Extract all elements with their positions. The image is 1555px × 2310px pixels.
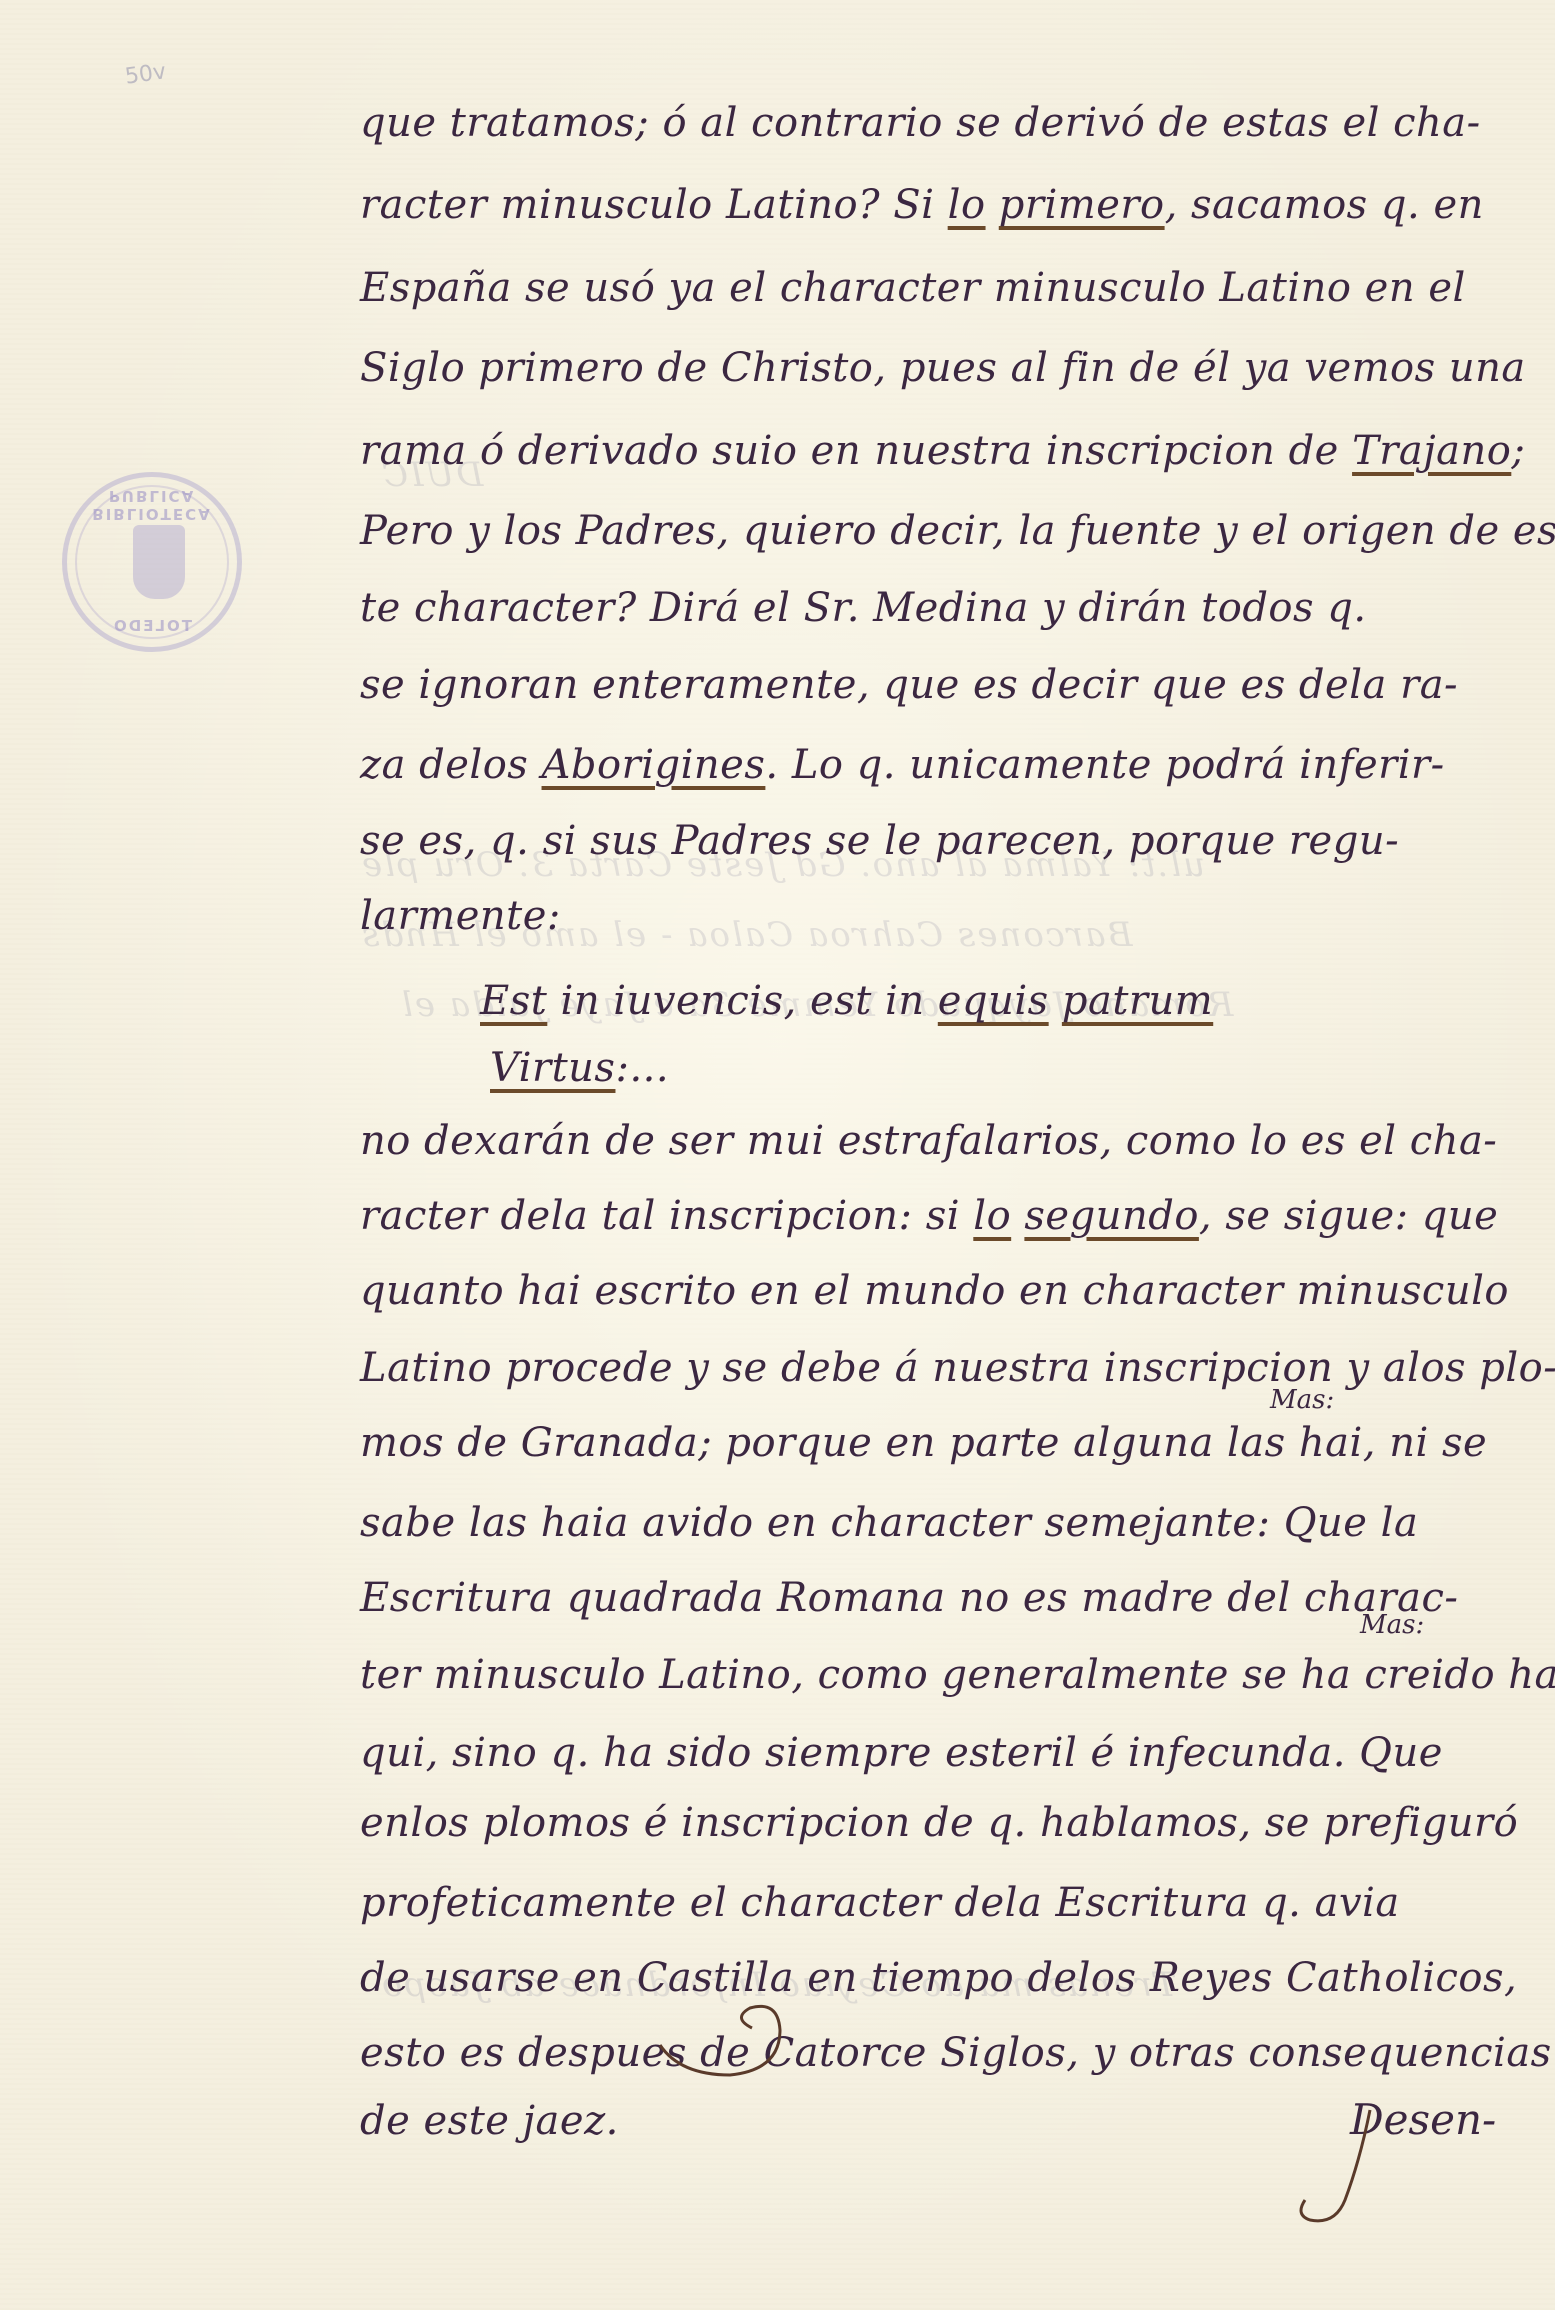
underlined-word: Est [480, 978, 547, 1024]
stamp-shield-icon [133, 525, 185, 599]
underlined-word: primero [999, 182, 1165, 228]
text-line: España se usó ya el character minusculo … [360, 265, 1466, 311]
text-line: sabe las haia avido en character semejan… [360, 1500, 1418, 1546]
text-line: de usarse en Castilla en tiempo delos Re… [360, 1955, 1517, 2001]
text-line: ter minusculo Latino, como generalmente … [360, 1652, 1555, 1698]
text-line: racter minusculo Latino? Si lo primero, … [360, 182, 1484, 228]
library-stamp: BIBLIOTECA PUBLICA TOLEDO [62, 472, 242, 652]
interlinear-insertion: Mas: [1360, 1610, 1424, 1640]
text-line: quanto hai escrito en el mundo en charac… [360, 1268, 1509, 1314]
text-line: Siglo primero de Christo, pues al fin de… [360, 345, 1526, 391]
text-line: Pero y los Padres, quiero decir, la fuen… [360, 508, 1555, 554]
latin-quote-line: Est in iuvencis, est in equis patrum [480, 978, 1213, 1024]
underlined-word: Virtus [490, 1045, 615, 1091]
text-line: qui, sino q. ha sido siempre esteril é i… [360, 1730, 1443, 1776]
text-line: larmente: [360, 893, 561, 939]
catchword-flourish-icon [1290, 2100, 1380, 2230]
end-flourish-icon [640, 1990, 800, 2080]
underlined-word: Trajano [1352, 428, 1511, 474]
text-line: Escritura quadrada Romana no es madre de… [360, 1575, 1458, 1621]
interlinear-insertion: Mas: [1270, 1385, 1334, 1415]
text-line: rama ó derivado suio en nuestra inscripc… [360, 428, 1525, 474]
underlined-word: lo [973, 1193, 1011, 1239]
text-line: za delos Aborigines. Lo q. unicamente po… [360, 742, 1445, 788]
text-line: Latino procede y se debe á nuestra inscr… [360, 1345, 1555, 1391]
underlined-word: Aborigines [542, 742, 766, 788]
text-line: que tratamos; ó al contrario se derivó d… [360, 100, 1481, 146]
text-line: esto es despues de Catorce Siglos, y otr… [360, 2030, 1552, 2076]
text-line: profeticamente el character dela Escritu… [360, 1880, 1400, 1926]
text-line: de este jaez. [360, 2098, 619, 2144]
stamp-top-text: BIBLIOTECA PUBLICA [67, 487, 237, 523]
line-text: racter minusculo Latino? Si [360, 182, 948, 228]
text-line: se ignoran enteramente, que es decir que… [360, 662, 1458, 708]
underlined-word: segundo [1024, 1193, 1199, 1239]
stamp-bottom-text: TOLEDO [67, 617, 237, 635]
text-line: se es, q. si sus Padres se le parecen, p… [360, 818, 1399, 864]
text-line: no dexarán de ser mui estrafalarios, com… [360, 1118, 1497, 1164]
underlined-word: patrum [1062, 978, 1213, 1024]
text-line: enlos plomos é inscripcion de q. hablamo… [360, 1800, 1518, 1846]
text-line: te character? Dirá el Sr. Medina y dirán… [360, 585, 1367, 631]
text-line: racter dela tal inscripcion: si lo segun… [360, 1193, 1498, 1239]
underlined-word: equis [938, 978, 1049, 1024]
underlined-word: lo [948, 182, 986, 228]
latin-quote-line: Virtus:... [490, 1045, 669, 1091]
text-line: mos de Granada; porque en parte alguna l… [360, 1420, 1487, 1466]
